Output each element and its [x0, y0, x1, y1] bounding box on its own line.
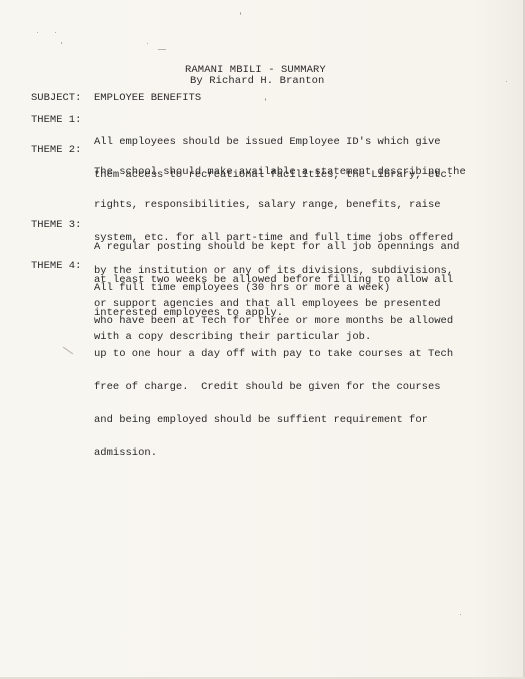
theme-line: admission.: [94, 448, 453, 459]
scan-mark: [63, 347, 73, 355]
theme-line: up to one hour a day off with pay to tak…: [94, 349, 453, 360]
theme-line: All full time employees (30 hrs or more …: [94, 283, 453, 294]
theme-2: THEME 2: The school should make availabl…: [31, 145, 56, 189]
subject-label: SUBJECT:: [31, 93, 81, 104]
theme-text: All full time employees (30 hrs or more …: [94, 261, 453, 481]
theme-3: THEME 3: A regular posting should be kep…: [31, 220, 56, 264]
scan-speck: [460, 614, 461, 615]
scan-speck: [61, 42, 62, 44]
scan-speck: [37, 32, 38, 33]
document-byline: By Richard H. Branton: [190, 76, 324, 87]
theme-label: THEME 4:: [31, 261, 81, 272]
theme-line: rights, responsibilities, salary range, …: [94, 200, 466, 211]
scan-speck: [265, 98, 266, 101]
scanned-page: RAMANI MBILI - SUMMARY By Richard H. Bra…: [0, 0, 525, 679]
theme-label: THEME 1:: [31, 115, 81, 126]
theme-line: free of charge. Credit should be given f…: [94, 382, 453, 393]
theme-line: and being employed should be suffient re…: [94, 415, 453, 426]
theme-label: THEME 2:: [31, 145, 81, 156]
theme-4: THEME 4: All full time employees (30 hrs…: [31, 261, 56, 305]
scan-speck: [147, 43, 148, 44]
scan-speck: [240, 12, 241, 15]
scan-speck: [506, 81, 507, 82]
theme-line: A regular posting should be kept for all…: [94, 242, 459, 253]
subject-value: EMPLOYEE BENEFITS: [94, 93, 201, 104]
theme-line: who have been at Tech for three or more …: [94, 316, 453, 327]
scan-speck: [55, 32, 56, 33]
theme-line: The school should make available a state…: [94, 167, 466, 178]
scan-mark: [158, 49, 166, 50]
theme-label: THEME 3:: [31, 220, 81, 231]
